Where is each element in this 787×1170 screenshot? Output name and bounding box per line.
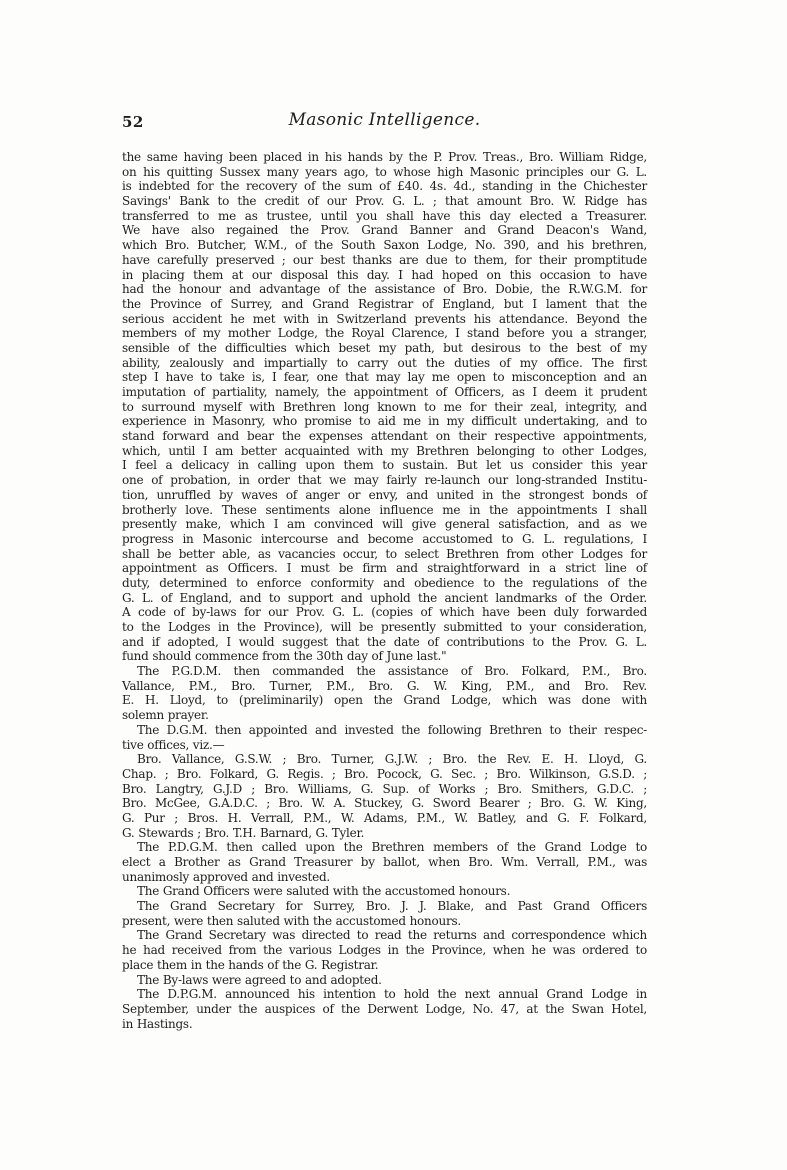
paragraph: the same having been placed in his hands…	[122, 150, 647, 664]
text-line: present, were then saluted with the accu…	[122, 914, 647, 929]
text-line: G. L. of England, and to support and uph…	[122, 591, 647, 606]
text-line: sensible of the difficulties which beset…	[122, 341, 647, 356]
paragraph: The D.P.G.M. announced his intention to …	[122, 987, 647, 1031]
text-line: Bro. McGee, G.A.D.C. ; Bro. W. A. Stucke…	[122, 796, 647, 811]
text-line: E. H. Lloyd, to (preliminarily) open the…	[122, 693, 647, 708]
text-line: to the Lodges in the Province), will be …	[122, 620, 647, 635]
text-line: presently make, which I am convinced wil…	[122, 517, 647, 532]
text-line: The Grand Secretary for Surrey, Bro. J. …	[122, 899, 647, 914]
text-line: A code of by-laws for our Prov. G. L. (c…	[122, 605, 647, 620]
text-line: on his quitting Sussex many years ago, t…	[122, 165, 647, 180]
text-line: We have also regained the Prov. Grand Ba…	[122, 223, 647, 238]
paragraph: The Grand Officers were saluted with the…	[122, 884, 647, 899]
text-line: progress in Masonic intercourse and beco…	[122, 532, 647, 547]
text-line: The P.D.G.M. then called upon the Brethr…	[122, 840, 647, 855]
text-line: elect a Brother as Grand Treasurer by ba…	[122, 855, 647, 870]
text-line: Savings' Bank to the credit of our Prov.…	[122, 194, 647, 209]
document-page: 52 Masonic Intelligence. the same having…	[0, 0, 787, 1170]
text-line: he had received from the various Lodges …	[122, 943, 647, 958]
text-line: which, until I am better acquainted with…	[122, 444, 647, 459]
text-line: brotherly love. These sentiments alone i…	[122, 503, 647, 518]
page-header: 52 Masonic Intelligence.	[122, 110, 647, 142]
text-line: tive offices, viz.—	[122, 738, 647, 753]
text-line: G. Stewards ; Bro. T.H. Barnard, G. Tyle…	[122, 826, 647, 841]
text-line: is indebted for the recovery of the sum …	[122, 179, 647, 194]
text-line: experience in Masonry, who promise to ai…	[122, 414, 647, 429]
text-line: step I have to take is, I fear, one that…	[122, 370, 647, 385]
running-title: Masonic Intelligence.	[122, 110, 647, 130]
paragraph: The P.D.G.M. then called upon the Brethr…	[122, 840, 647, 884]
text-line: I feel a delicacy in calling upon them t…	[122, 458, 647, 473]
text-line: Chap. ; Bro. Folkard, G. Regis. ; Bro. P…	[122, 767, 647, 782]
text-line: solemn prayer.	[122, 708, 647, 723]
paragraph: The By-laws were agreed to and adopted.	[122, 973, 647, 988]
text-line: and if adopted, I would suggest that the…	[122, 635, 647, 650]
text-line: shall be better able, as vacancies occur…	[122, 547, 647, 562]
paragraph: The D.G.M. then appointed and invested t…	[122, 723, 647, 752]
text-line: The D.G.M. then appointed and invested t…	[122, 723, 647, 738]
text-line: duty, determined to enforce conformity a…	[122, 576, 647, 591]
text-line: Bro. Vallance, G.S.W. ; Bro. Turner, G.J…	[122, 752, 647, 767]
paragraph: The Grand Secretary for Surrey, Bro. J. …	[122, 899, 647, 928]
page-body: the same having been placed in his hands…	[122, 150, 647, 1031]
text-line: The P.G.D.M. then commanded the assistan…	[122, 664, 647, 679]
text-line: Vallance, P.M., Bro. Turner, P.M., Bro. …	[122, 679, 647, 694]
text-line: have carefully preserved ; our best than…	[122, 253, 647, 268]
text-line: The By-laws were agreed to and adopted.	[122, 973, 647, 988]
paragraph: The P.G.D.M. then commanded the assistan…	[122, 664, 647, 723]
text-line: in placing them at our disposal this day…	[122, 268, 647, 283]
text-line: The Grand Officers were saluted with the…	[122, 884, 647, 899]
text-line: to surround myself with Brethren long kn…	[122, 400, 647, 415]
text-line: tion, unruffled by waves of anger or env…	[122, 488, 647, 503]
text-line: The D.P.G.M. announced his intention to …	[122, 987, 647, 1002]
text-line: serious accident he met with in Switzerl…	[122, 312, 647, 327]
text-line: Bro. Langtry, G.J.D ; Bro. Williams, G. …	[122, 782, 647, 797]
text-line: unanimosly approved and invested.	[122, 870, 647, 885]
text-line: in Hastings.	[122, 1017, 647, 1032]
text-line: imputation of partiality, namely, the ap…	[122, 385, 647, 400]
text-line: one of probation, in order that we may f…	[122, 473, 647, 488]
paragraph: The Grand Secretary was directed to read…	[122, 928, 647, 972]
text-line: stand forward and bear the expenses atte…	[122, 429, 647, 444]
text-line: transferred to me as trustee, until you …	[122, 209, 647, 224]
text-line: G. Pur ; Bros. H. Verrall, P.M., W. Adam…	[122, 811, 647, 826]
text-line: appointment as Officers. I must be firm …	[122, 561, 647, 576]
paragraph: Bro. Vallance, G.S.W. ; Bro. Turner, G.J…	[122, 752, 647, 840]
text-line: the Province of Surrey, and Grand Regist…	[122, 297, 647, 312]
text-line: members of my mother Lodge, the Royal Cl…	[122, 326, 647, 341]
text-line: had the honour and advantage of the assi…	[122, 282, 647, 297]
text-line: September, under the auspices of the Der…	[122, 1002, 647, 1017]
text-line: the same having been placed in his hands…	[122, 150, 647, 165]
text-line: which Bro. Butcher, W.M., of the South S…	[122, 238, 647, 253]
text-line: fund should commence from the 30th day o…	[122, 649, 647, 664]
text-line: The Grand Secretary was directed to read…	[122, 928, 647, 943]
text-line: ability, zealously and impartially to ca…	[122, 356, 647, 371]
text-line: place them in the hands of the G. Regist…	[122, 958, 647, 973]
